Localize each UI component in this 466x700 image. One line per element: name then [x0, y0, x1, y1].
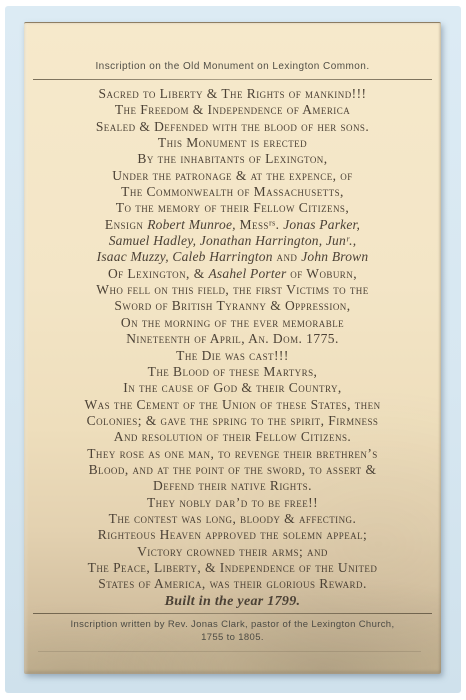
inscription-text: The Die was cast!!! [176, 348, 289, 363]
inscription-text: and [273, 249, 302, 264]
inscription-name: Isaac Muzzy, Caleb Harrington [97, 249, 273, 264]
inscription-text: The Peace, Liberty, & Independence of th… [88, 560, 378, 575]
inscription-line: Was the Cement of the Union of these Sta… [34, 397, 431, 413]
inscription-text: Under the patronage & at the expence, of [112, 168, 352, 183]
inscription-text: Sacred to Liberty & The Rights of mankin… [99, 86, 367, 101]
inscription-name: Asahel Porter [208, 266, 286, 281]
inscription-text: To the memory of their Fellow Citizens, [116, 200, 349, 215]
inscription-text: Sealed & Defended with the blood of her … [96, 119, 369, 134]
top-divider-rule [33, 79, 432, 80]
inscription-text: The Freedom & Independence of America [115, 102, 350, 117]
inscription-text: Who fell on this field, the first Victim… [96, 282, 368, 297]
postcard: Inscription on the Old Monument on Lexin… [24, 22, 441, 674]
inscription-text: Colonies; & gave the spring to the spiri… [87, 413, 379, 428]
inscription-line: The Freedom & Independence of America [34, 102, 431, 118]
inscription-line: Victory crowned their arms; and [34, 544, 431, 560]
inscription-text: Righteous Heaven approved the solemn app… [98, 527, 368, 542]
inscription-text: Ensign [105, 217, 147, 232]
inscription-line: And resolution of their Fellow Citizens. [34, 429, 431, 445]
postcard-title-caption: Inscription on the Old Monument on Lexin… [24, 61, 441, 72]
footer-caption-line1: Inscription written by Rev. Jonas Clark,… [34, 619, 431, 632]
inscription-line: Blood, and at the point of the sword, to… [34, 462, 431, 478]
monument-inscription: Sacred to Liberty & The Rights of mankin… [34, 86, 431, 610]
inscription-text: Messʳˢ. [236, 217, 284, 232]
inscription-line: Samuel Hadley, Jonathan Harrington, Junʳ… [34, 233, 431, 249]
inscription-line: States of America, was their glorious Re… [34, 576, 431, 592]
inscription-name: Jonas Parker, [283, 217, 360, 232]
inscription-line: Ensign Robert Munroe, Messʳˢ. Jonas Park… [34, 217, 431, 233]
inscription-line: Of Lexington, & Asahel Porter of Woburn, [34, 266, 431, 282]
inscription-text: Built in the year 1799. [165, 594, 301, 609]
inscription-name: Robert Munroe, [147, 217, 236, 232]
inscription-line: This Monument is erected [34, 135, 431, 151]
inscription-line: Defend their native Rights. [34, 478, 431, 494]
inscription-text: The contest was long, bloody & affecting… [109, 511, 357, 526]
inscription-line: Who fell on this field, the first Victim… [34, 282, 431, 298]
inscription-line: The Blood of these Martyrs, [34, 364, 431, 380]
inscription-line: They rose as one man, to revenge their b… [34, 446, 431, 462]
inscription-line: In the cause of God & their Country, [34, 380, 431, 396]
inscription-line: By the inhabitants of Lexington, [34, 151, 431, 167]
inscription-name: John Brown [301, 249, 368, 264]
inscription-line: Sealed & Defended with the blood of her … [34, 119, 431, 135]
inscription-text: The Blood of these Martyrs, [148, 364, 318, 379]
inscription-line: The Peace, Liberty, & Independence of th… [34, 560, 431, 576]
inscription-line: Built in the year 1799. [34, 593, 431, 610]
inscription-line: On the morning of the ever memorable [34, 315, 431, 331]
inscription-line: Sacred to Liberty & The Rights of mankin… [34, 86, 431, 102]
inscription-line: Righteous Heaven approved the solemn app… [34, 527, 431, 543]
inscription-text: They nobly dar’d to be free!! [147, 495, 318, 510]
inscription-text: Blood, and at the point of the sword, to… [89, 462, 377, 477]
inscription-line: To the memory of their Fellow Citizens, [34, 200, 431, 216]
inscription-text: of Woburn, [286, 266, 357, 281]
inscription-text: Nineteenth of April, An. Dom. 1775. [126, 331, 339, 346]
inscription-line: Under the patronage & at the expence, of [34, 168, 431, 184]
inscription-line: Nineteenth of April, An. Dom. 1775. [34, 331, 431, 347]
inscription-line: Isaac Muzzy, Caleb Harrington and John B… [34, 249, 431, 265]
inscription-text: Of Lexington, & [108, 266, 209, 281]
inscription-name: Samuel Hadley, Jonathan Harrington, Junʳ… [109, 233, 357, 248]
inscription-text: States of America, was their glorious Re… [98, 576, 367, 591]
inscription-text: Defend their native Rights. [153, 478, 312, 493]
inscription-text: In the cause of God & their Country, [123, 380, 341, 395]
inscription-text: Victory crowned their arms; and [137, 544, 328, 559]
inscription-text: They rose as one man, to revenge their b… [87, 446, 378, 461]
inscription-text: On the morning of the ever memorable [121, 315, 344, 330]
inscription-line: The contest was long, bloody & affecting… [34, 511, 431, 527]
footer-caption: Inscription written by Rev. Jonas Clark,… [34, 619, 431, 644]
inscription-line: The Commonwealth of Massachusetts, [34, 184, 431, 200]
inscription-text: By the inhabitants of Lexington, [137, 151, 327, 166]
inscription-text: The Commonwealth of Massachusetts, [121, 184, 344, 199]
inscription-text: Sword of British Tyranny & Oppression, [114, 298, 350, 313]
inscription-line: They nobly dar’d to be free!! [34, 495, 431, 511]
paper-crease-line [38, 651, 421, 652]
inscription-line: Sword of British Tyranny & Oppression, [34, 298, 431, 314]
inscription-text: And resolution of their Fellow Citizens. [114, 429, 352, 444]
footer-caption-line2: 1755 to 1805. [34, 632, 431, 645]
bottom-divider-rule [33, 613, 432, 614]
inscription-line: Colonies; & gave the spring to the spiri… [34, 413, 431, 429]
inscription-text: Was the Cement of the Union of these Sta… [84, 397, 380, 412]
inscription-line: The Die was cast!!! [34, 348, 431, 364]
inscription-text: This Monument is erected [158, 135, 307, 150]
